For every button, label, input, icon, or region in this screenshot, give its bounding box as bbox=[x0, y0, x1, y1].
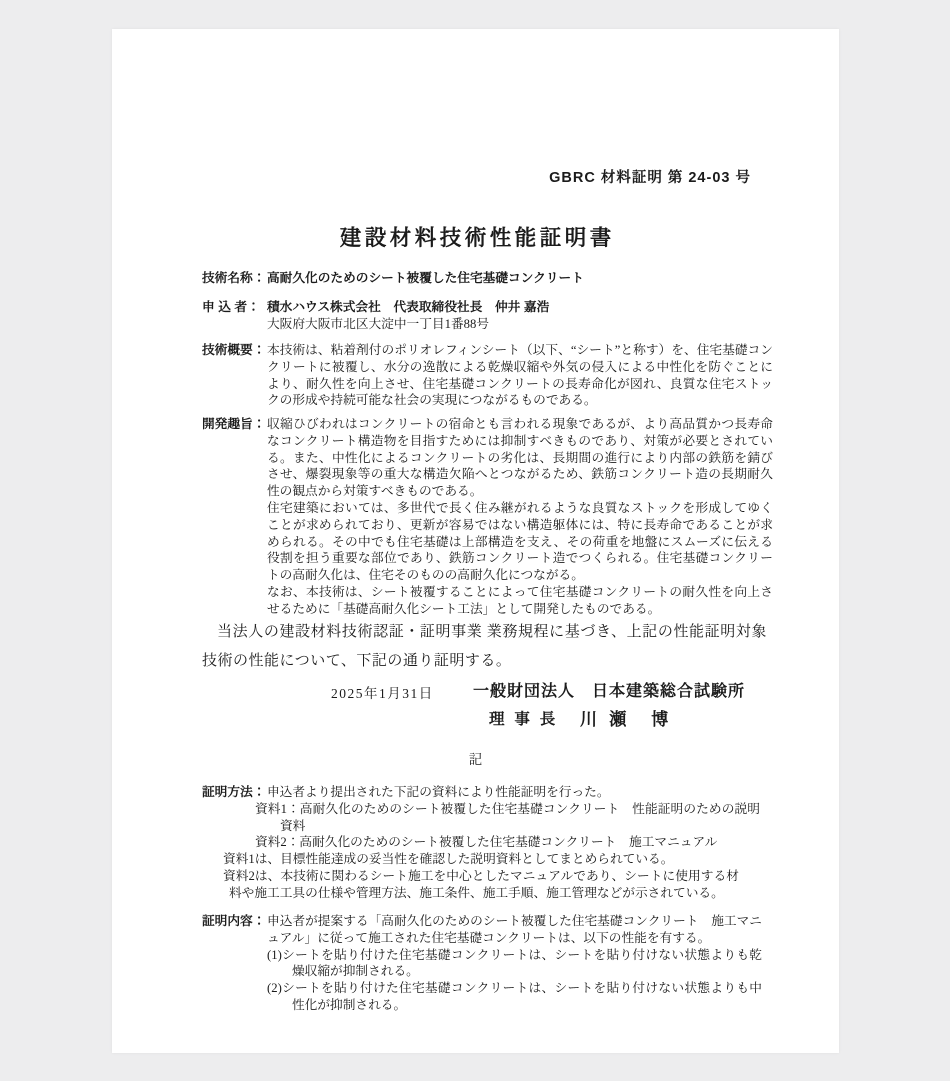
method-document-1: 資料1：高耐久化のためのシート被覆した住宅基礎コンクリート 性能証明のための説明… bbox=[255, 801, 760, 835]
field-applicant: 申 込 者： 積水ハウス株式会社 代表取締役社長 仲井 嘉浩 大阪府大阪市北区大… bbox=[202, 299, 773, 333]
document-page: GBRC 材料証明 第 24-03 号 建設材料技術性能証明書 技術名称： 高耐… bbox=[112, 29, 839, 1053]
applicant-value: 積水ハウス株式会社 代表取締役社長 仲井 嘉浩 bbox=[267, 299, 773, 316]
field-certification-method: 証明方法： 申込者より提出された下記の資料により性能証明を行った。 資料1：高耐… bbox=[202, 784, 773, 902]
tech-name-value: 高耐久化のためのシート被覆した住宅基礎コンクリート bbox=[267, 270, 773, 287]
document-number: GBRC 材料証明 第 24-03 号 bbox=[549, 166, 751, 187]
signature-date: 2025年1月31日 bbox=[331, 682, 434, 702]
method-intro: 申込者より提出された下記の資料により性能証明を行った。 bbox=[267, 784, 773, 801]
signature-position-title: 理 事 長 bbox=[489, 707, 558, 729]
overview-label: 技術概要： bbox=[202, 342, 265, 359]
signature-person-name: 川 瀬 博 bbox=[580, 705, 672, 730]
content-intro: 申込者が提案する「高耐久化のためのシート被覆した住宅基礎コンクリート 施工マニュ… bbox=[267, 913, 762, 947]
document-title: 建設材料技術性能証明書 bbox=[112, 221, 839, 252]
method-label: 証明方法： bbox=[202, 784, 265, 801]
purpose-paragraph: なお、本技術は、シート被覆することによって住宅基礎コンクリートの耐久性を向上させ… bbox=[267, 584, 773, 618]
field-tech-overview: 技術概要： 本技術は、粘着剤付のポリオレフィンシート（以下、“シート”と称す）を… bbox=[202, 342, 773, 409]
content-item-1: (1)シートを貼り付けた住宅基礎コンクリートは、シートを貼り付けない状態よりも乾… bbox=[267, 947, 762, 981]
field-tech-name: 技術名称： 高耐久化のためのシート被覆した住宅基礎コンクリート bbox=[202, 270, 773, 287]
content-item-2: (2)シートを貼り付けた住宅基礎コンクリートは、シートを貼り付けない状態よりも中… bbox=[267, 980, 762, 1014]
purpose-paragraph: 住宅建築においては、多世代で長く住み継がれるような良質なストックを形成してゆくこ… bbox=[267, 500, 773, 584]
content-label: 証明内容： bbox=[202, 913, 265, 930]
field-development-purpose: 開発趣旨： 収縮ひびわれはコンクリートの宿命とも言われる現象であるが、より高品質… bbox=[202, 416, 773, 618]
applicant-label: 申 込 者： bbox=[202, 299, 260, 316]
field-certification-content: 証明内容： 申込者が提案する「高耐久化のためのシート被覆した住宅基礎コンクリート… bbox=[202, 913, 773, 1014]
signature-organization: 一般財団法人 日本建築総合試験所 bbox=[473, 678, 745, 701]
desktop-background: { "colors": { "background": "#ededee", "… bbox=[0, 0, 950, 1081]
ki-section-marker: 記 bbox=[112, 748, 839, 768]
method-document-2: 資料2：高耐久化のためのシート被覆した住宅基礎コンクリート 施工マニュアル bbox=[255, 834, 760, 851]
tech-name-label: 技術名称： bbox=[202, 270, 265, 287]
certification-statement: 当法人の建設材料技術認証・証明事業 業務規程に基づき、上記の性能証明対象技術の性… bbox=[202, 618, 767, 675]
method-note-2: 資料2は、本技術に関わるシート施工を中心としたマニュアルであり、シートに使用する… bbox=[229, 868, 739, 902]
method-note-1: 資料1は、目標性能達成の妥当性を確認した説明資料としてまとめられている。 bbox=[223, 851, 773, 868]
purpose-label: 開発趣旨： bbox=[202, 416, 265, 433]
purpose-paragraph: 収縮ひびわれはコンクリートの宿命とも言われる現象であるが、より高品質かつ長寿命な… bbox=[267, 416, 773, 500]
applicant-address: 大阪府大阪市北区大淀中一丁目1番88号 bbox=[267, 316, 773, 333]
overview-body: 本技術は、粘着剤付のポリオレフィンシート（以下、“シート”と称す）を、住宅基礎コ… bbox=[267, 342, 773, 409]
